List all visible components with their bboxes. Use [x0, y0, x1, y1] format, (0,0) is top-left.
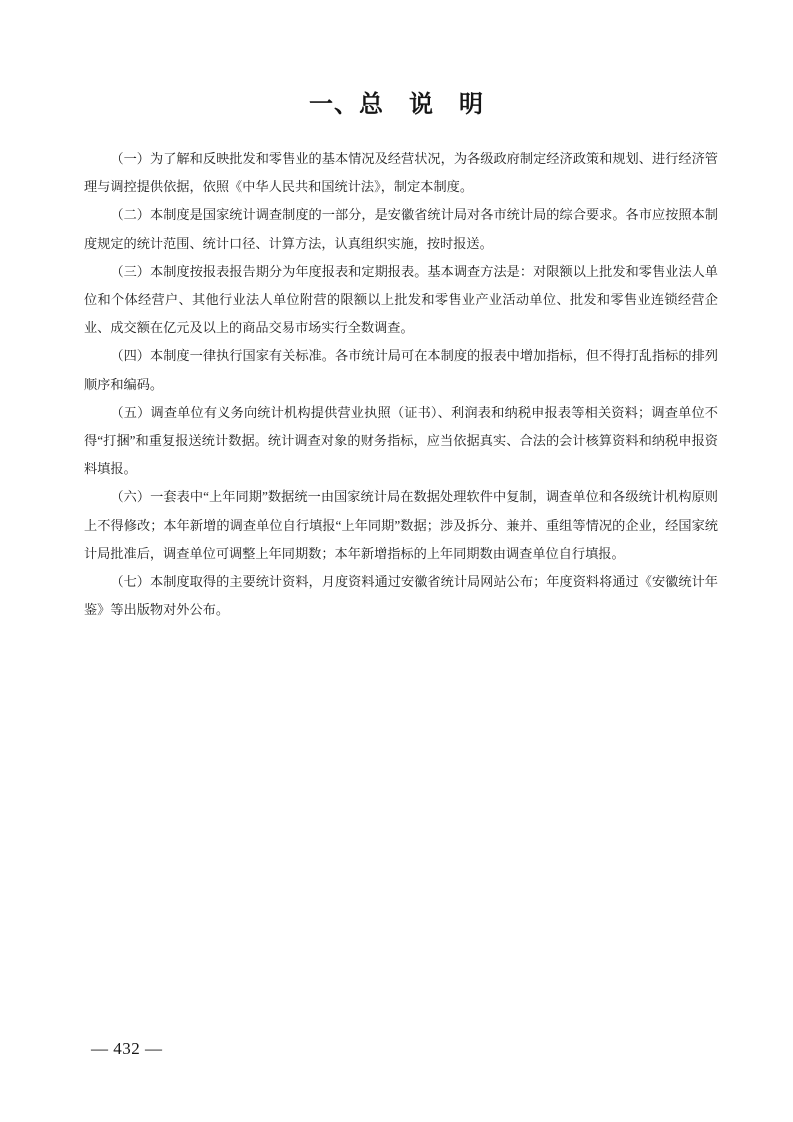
paragraph-7: （七）本制度取得的主要统计资料，月度资料通过安徽省统计局网站公布；年度资料将通过… — [84, 568, 718, 624]
paragraph-3: （三）本制度按报表报告期分为年度报表和定期报表。基本调查方法是：对限额以上批发和… — [84, 258, 718, 343]
paragraph-2: （二）本制度是国家统计调查制度的一部分，是安徽省统计局对各市统计局的综合要求。各… — [84, 201, 718, 257]
paragraph-5: （五）调查单位有义务向统计机构提供营业执照（证书）、利润表和纳税申报表等相关资料… — [84, 399, 718, 484]
paragraph-4: （四）本制度一律执行国家有关标准。各市统计局可在本制度的报表中增加指标，但不得打… — [84, 342, 718, 398]
paragraph-6: （六）一套表中“上年同期”数据统一由国家统计局在数据处理软件中复制，调查单位和各… — [84, 483, 718, 568]
document-page: 一、总 说 明 （一）为了解和反映批发和零售业的基本情况及经营状况，为各级政府制… — [0, 0, 793, 1122]
document-body: （一）为了解和反映批发和零售业的基本情况及经营状况，为各级政府制定经济政策和规划… — [84, 145, 718, 624]
page-title: 一、总 说 明 — [0, 91, 793, 119]
paragraph-1: （一）为了解和反映批发和零售业的基本情况及经营状况，为各级政府制定经济政策和规划… — [84, 145, 718, 201]
page-number: — 432 — — [91, 1040, 163, 1058]
